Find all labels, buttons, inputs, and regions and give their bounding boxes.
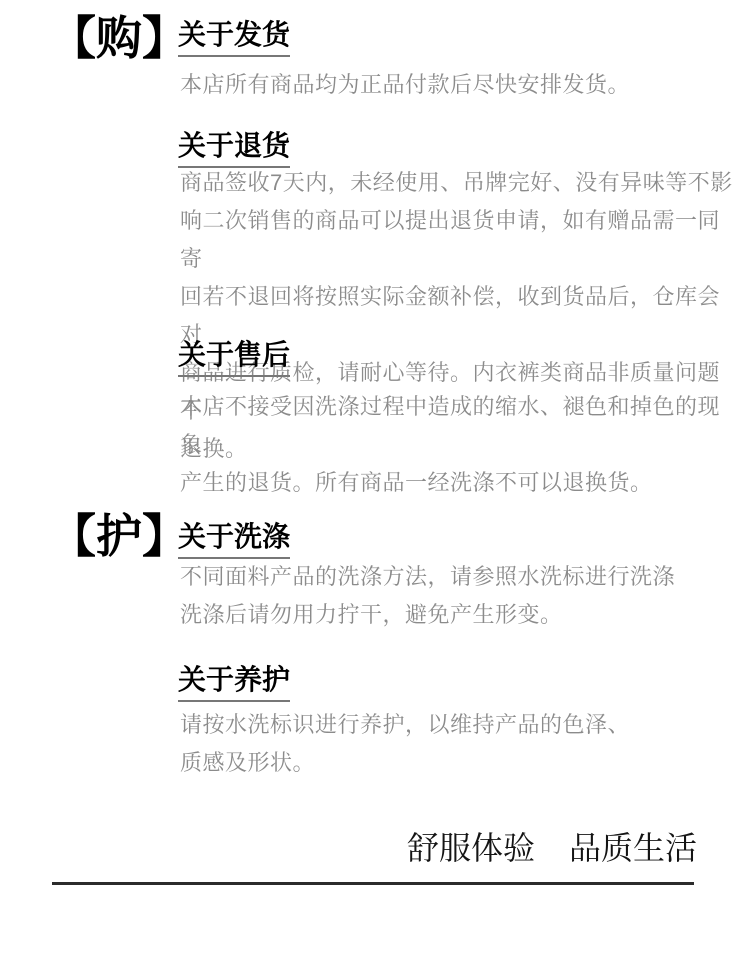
paragraph-washing: 不同面料产品的洗涤方法，请参照水洗标进行洗涤 洗涤后请勿用力拧干，避免产生形变。 [180, 558, 740, 634]
paragraph-maintenance: 请按水洗标识进行养护，以维持产品的色泽、 质感及形状。 [180, 706, 740, 782]
paragraph-shipping: 本店所有商品均为正品付款后尽快安排发货。 [180, 66, 740, 104]
heading-maintenance: 关于养护 [178, 665, 290, 702]
section-badge-purchase: 【购】 [50, 13, 188, 64]
heading-returns: 关于退货 [178, 131, 290, 168]
slogan-quality-life: 品质生活 [569, 829, 697, 867]
slogan-comfort-experience: 舒服体验 [407, 829, 535, 867]
footer-slogan: 舒服体验 品质生活 [407, 829, 697, 867]
heading-shipping: 关于发货 [178, 20, 290, 57]
section-badge-care: 【护】 [50, 511, 188, 562]
product-care-info-page: 【购】 关于发货 本店所有商品均为正品付款后尽快安排发货。 关于退货 商品签收7… [0, 0, 750, 962]
heading-washing: 关于洗涤 [178, 522, 290, 559]
heading-after-sales: 关于售后 [178, 340, 290, 377]
paragraph-after-sales: 本店不接受因洗涤过程中造成的缩水、褪色和掉色的现象 产生的退货。所有商品一经洗涤… [180, 388, 740, 502]
footer-divider [52, 882, 694, 885]
